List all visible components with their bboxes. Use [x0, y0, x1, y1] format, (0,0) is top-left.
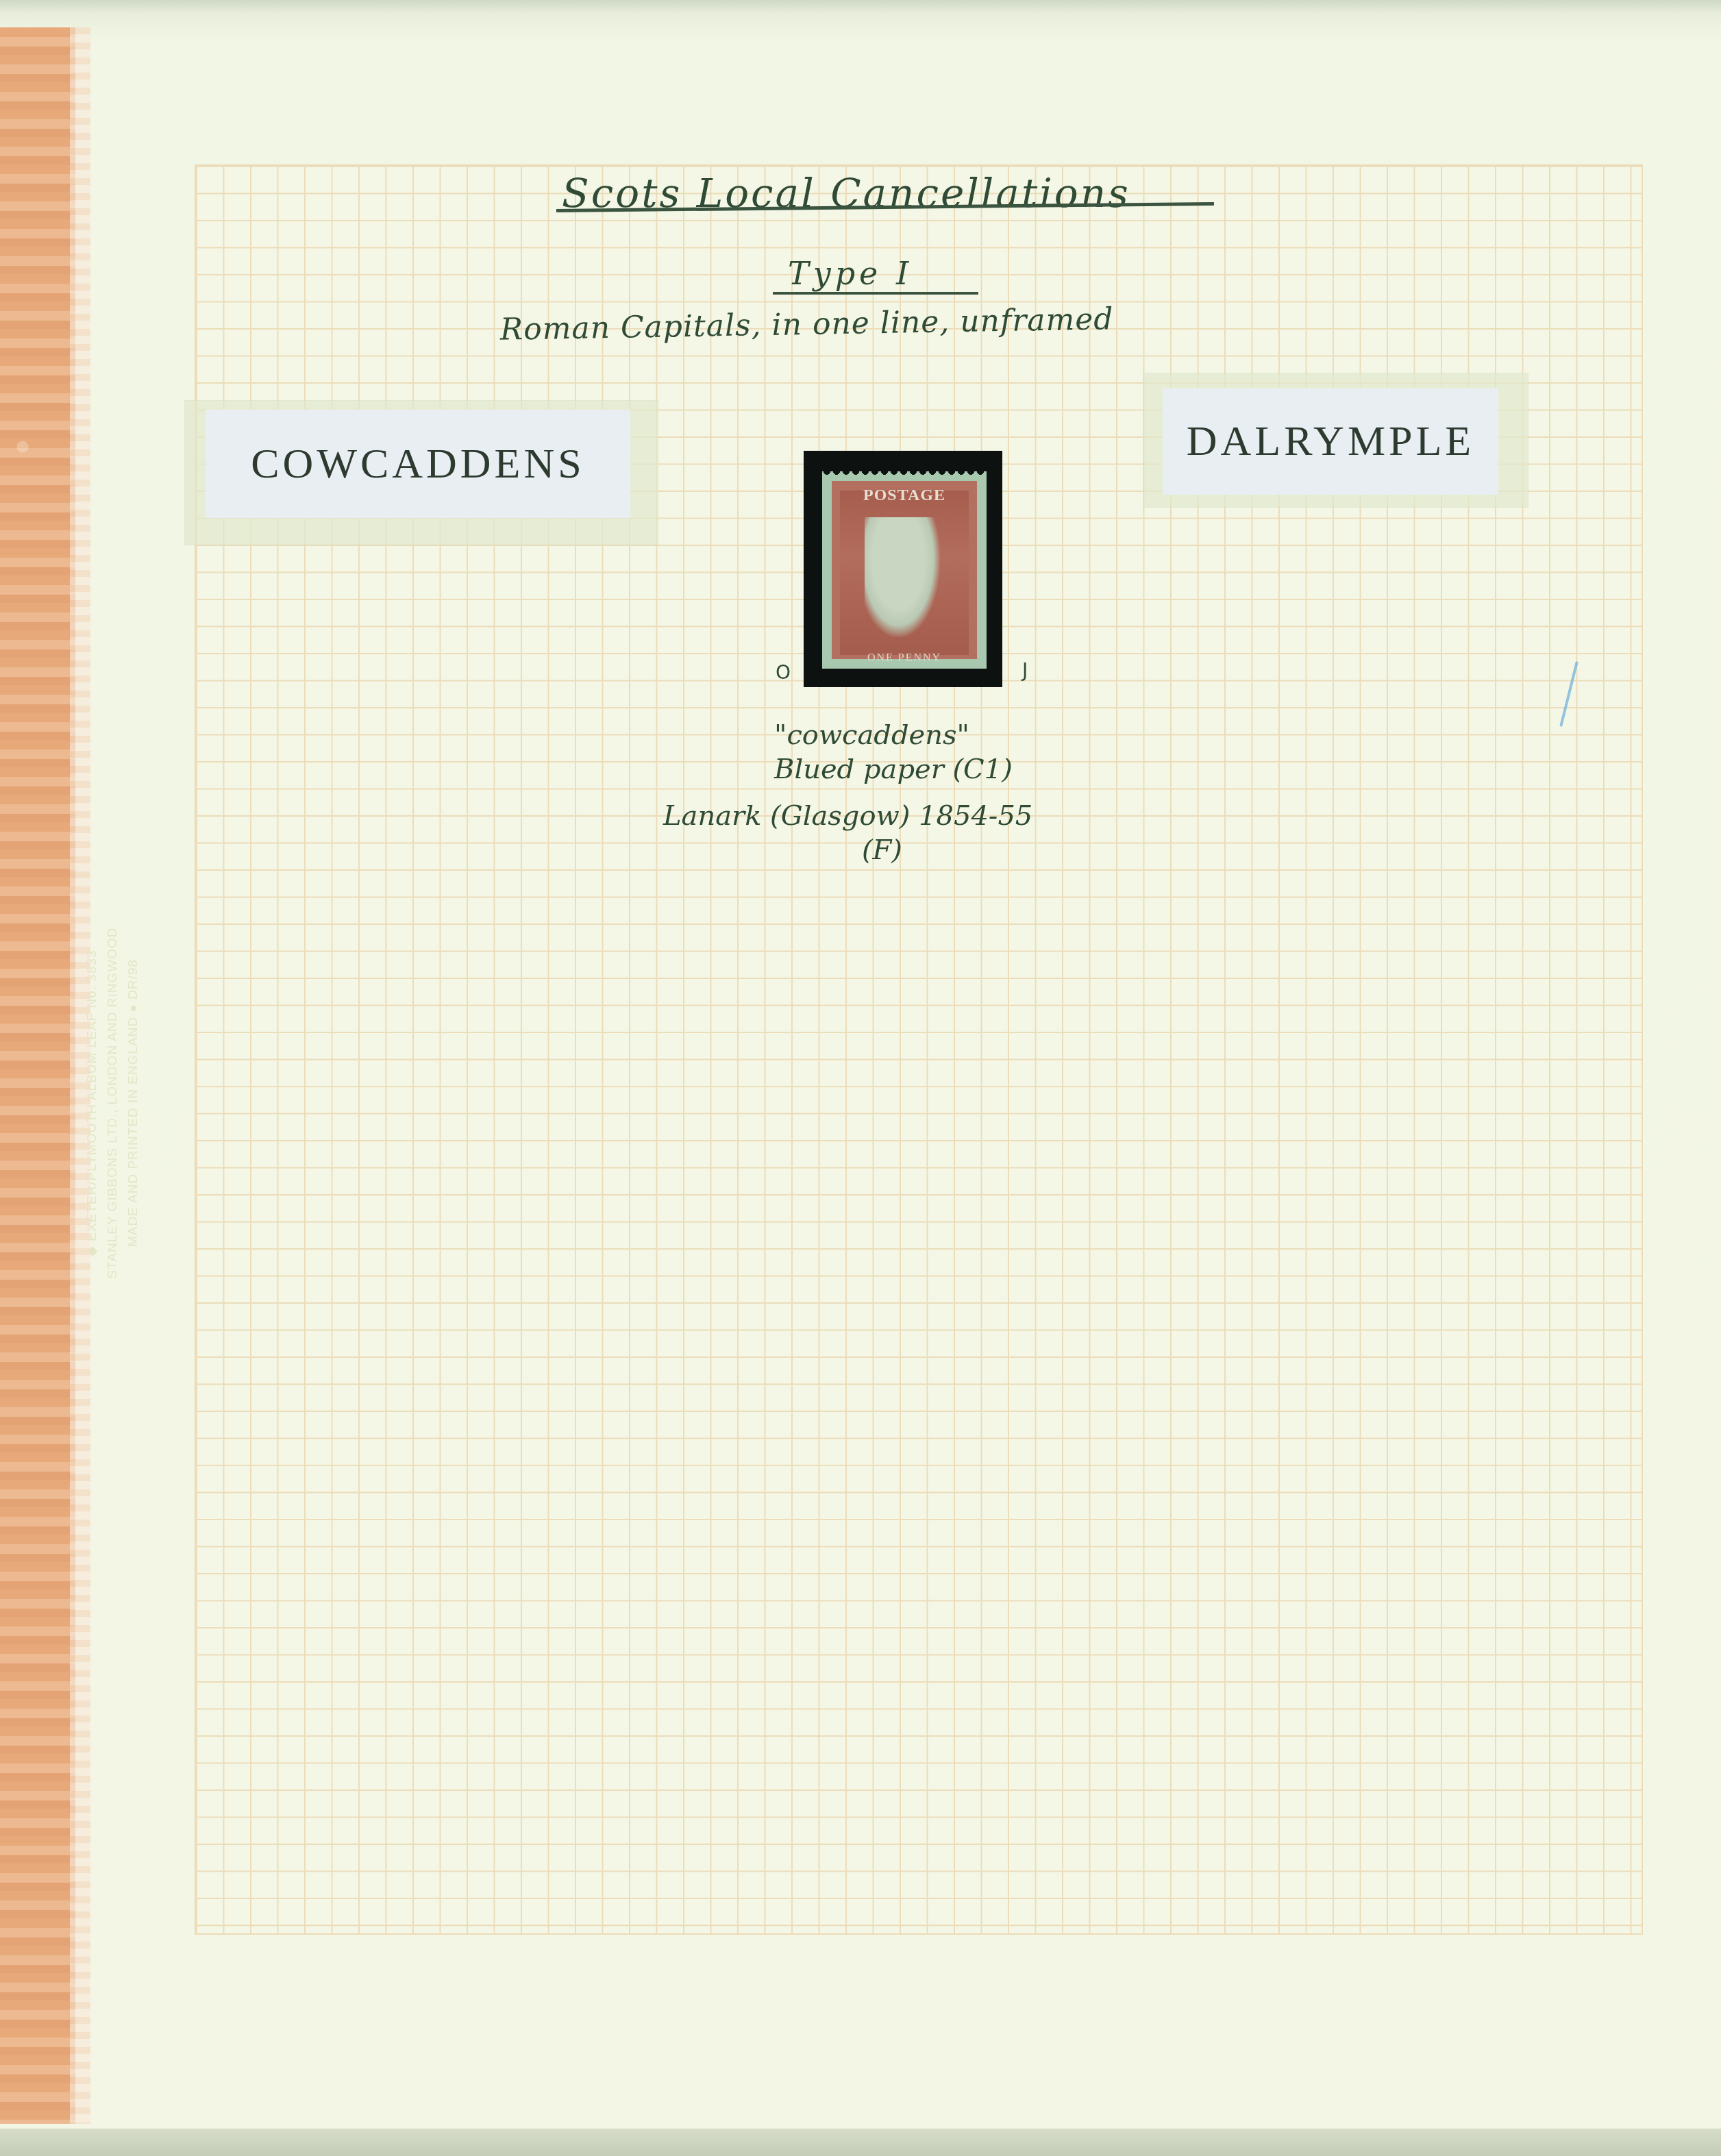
- imprint-line-3: MADE AND PRINTED IN ENGLAND ● DR/98: [123, 891, 144, 1315]
- type-underline: [773, 292, 978, 295]
- queen-head-icon: [865, 517, 940, 637]
- publisher-imprint: ◆ EXETER/PLYMOUTH ALBUM LEAF No. 3833 ST…: [82, 891, 144, 1315]
- caption-paper: Blued paper (C1): [774, 754, 1013, 785]
- label-cowcaddens: COWCADDENS: [206, 410, 630, 518]
- corner-letter-right: J: [1022, 659, 1028, 682]
- imprint-line-1: ◆ EXETER/PLYMOUTH ALBUM LEAF No. 3833: [82, 891, 103, 1315]
- type-label: Type I: [788, 255, 913, 292]
- album-hinge-strip: [0, 27, 75, 2124]
- stamp-value-text: ONE PENNY: [850, 652, 959, 665]
- stamp-postage-text: POSTAGE: [856, 486, 952, 505]
- imprint-line-2: STANLEY GIBBONS LTD., LONDON AND RINGWOO…: [103, 891, 123, 1315]
- caption-grade: (F): [862, 834, 902, 866]
- caption-location-date: Lanark (Glasgow) 1854-55: [663, 800, 1032, 832]
- corner-letter-left: O: [776, 661, 791, 684]
- page-bottom-edge: [0, 2129, 1721, 2156]
- album-page: ◆ EXETER/PLYMOUTH ALBUM LEAF No. 3833 ST…: [0, 0, 1721, 2156]
- label-dalrymple: DALRYMPLE: [1163, 388, 1498, 495]
- caption-postmark-name: "cowcaddens": [774, 719, 969, 751]
